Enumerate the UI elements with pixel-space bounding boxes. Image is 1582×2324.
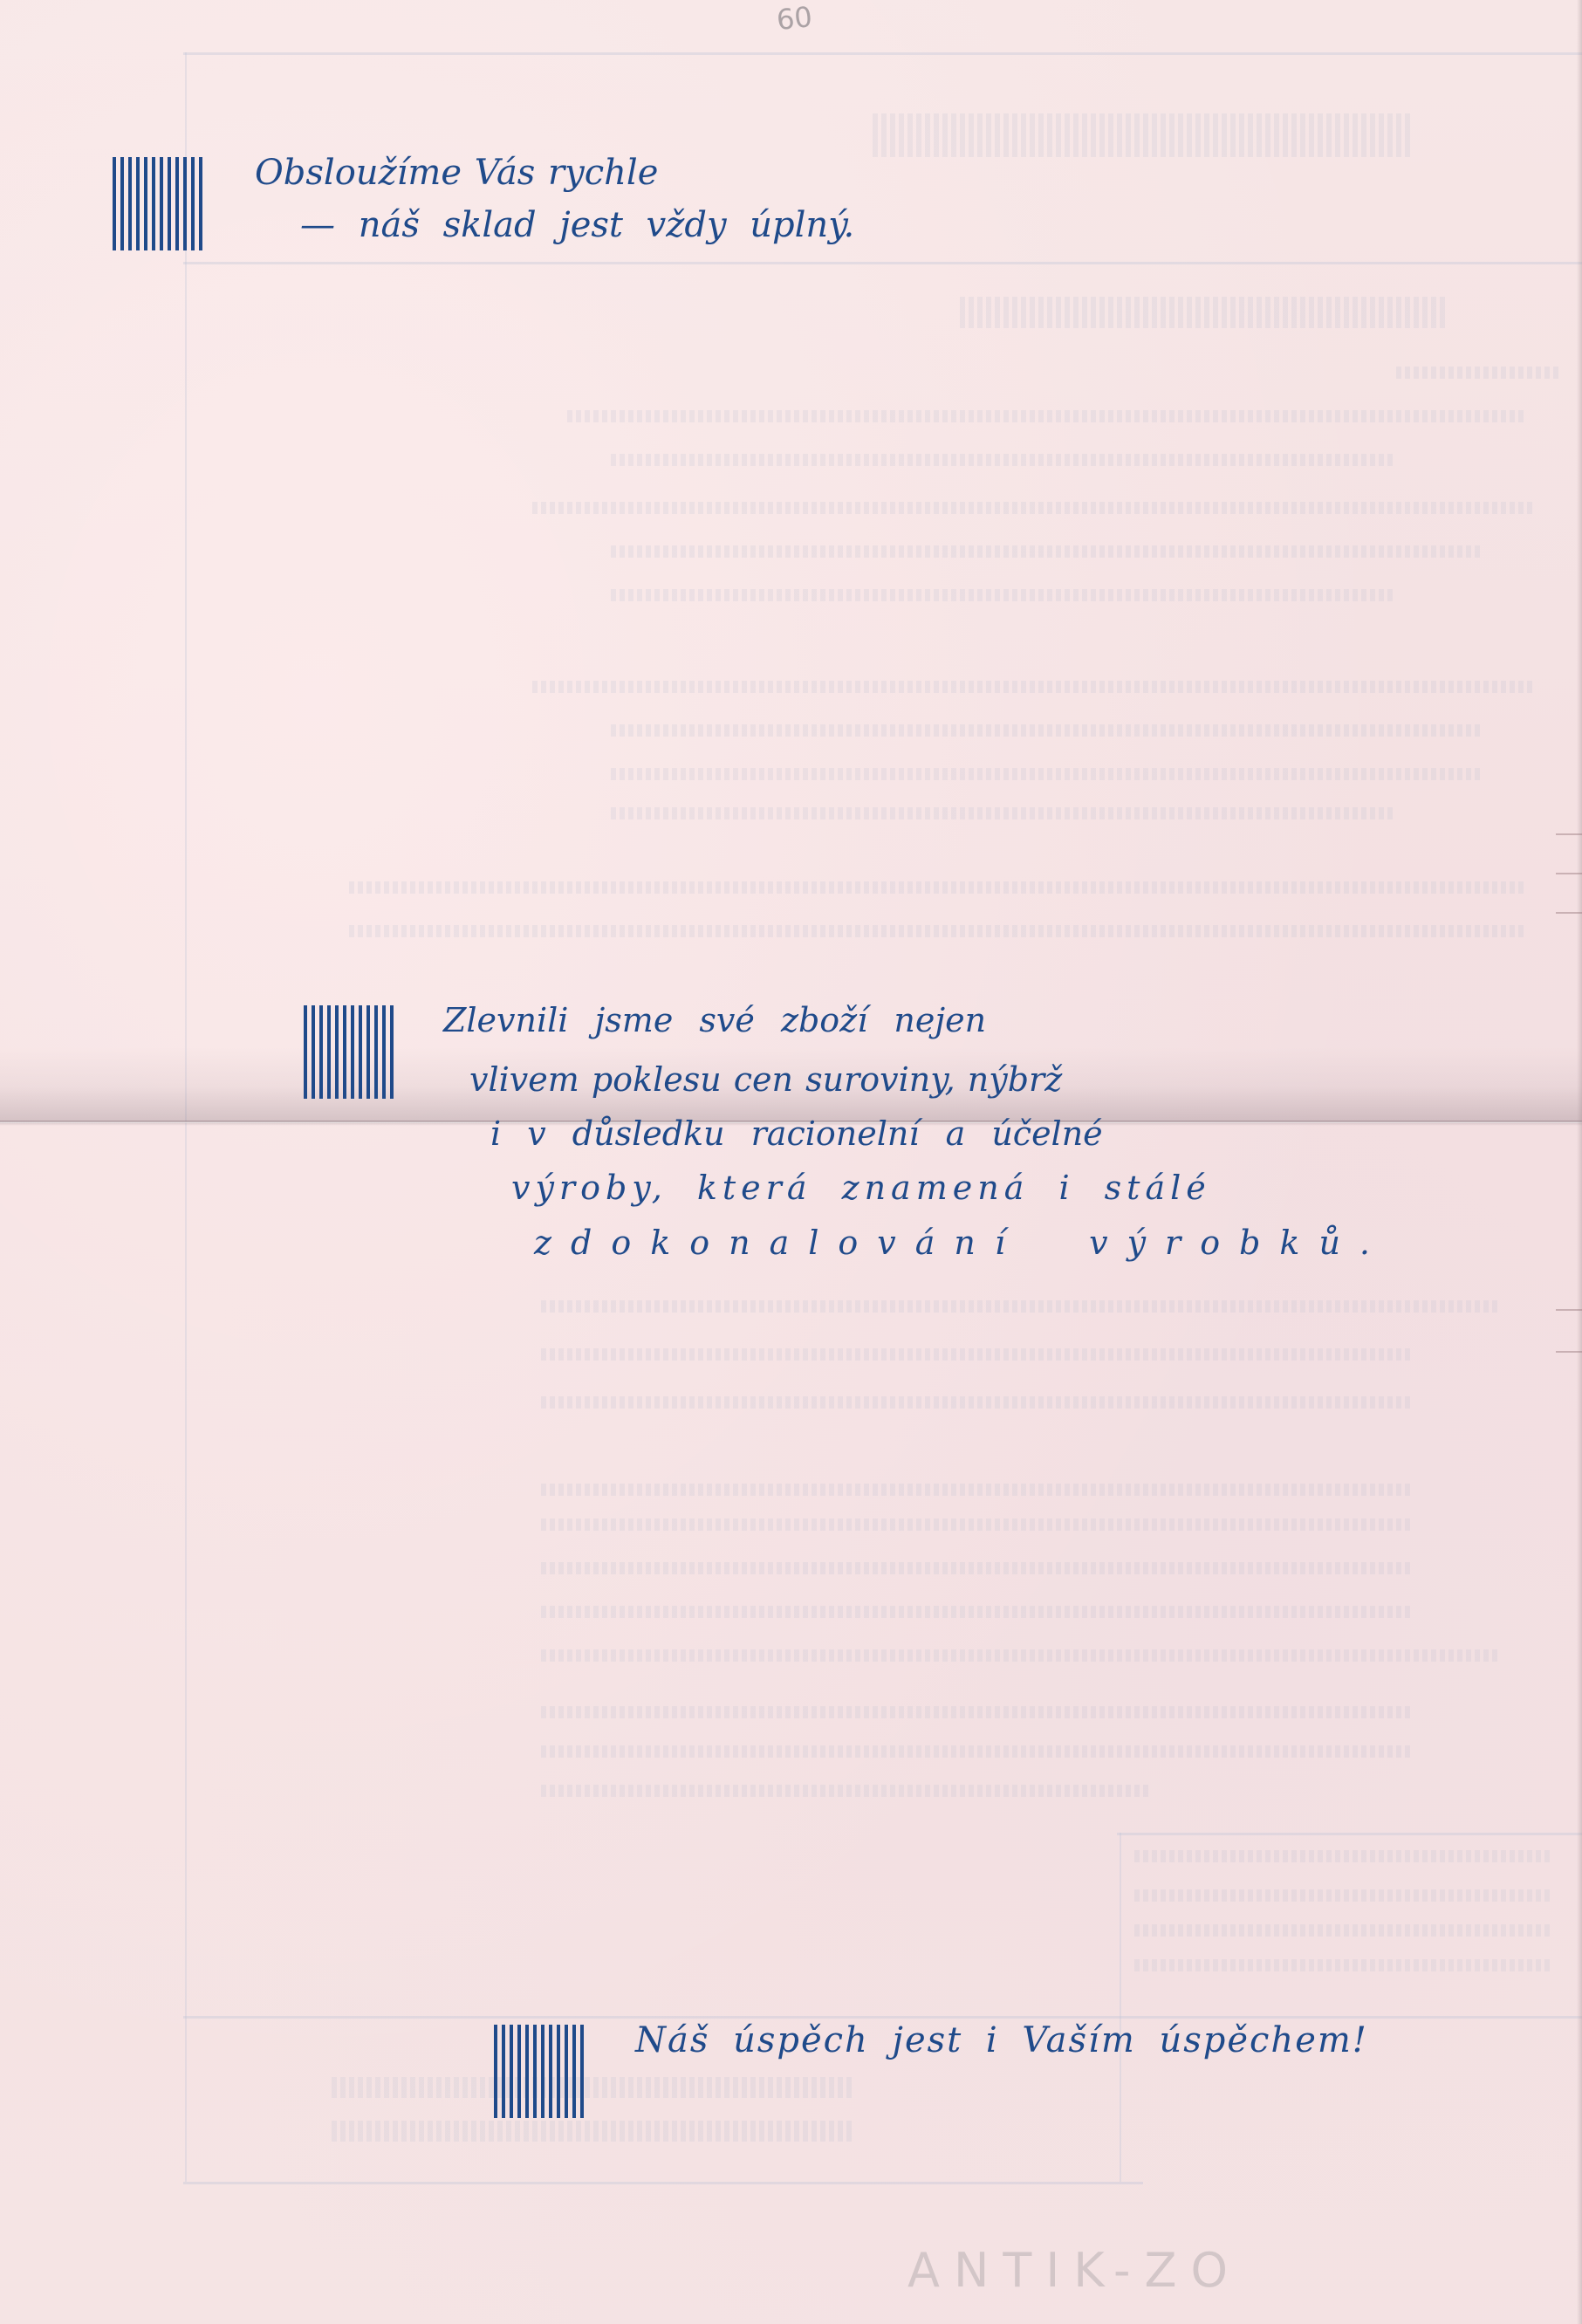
striped-bar-ornament-icon: [494, 2025, 586, 2118]
slogan-line: vlivem poklesu cen suroviny, nýbrž: [469, 1063, 1062, 1096]
slogan-line: zdokonalování výrobků.: [534, 1226, 1389, 1259]
ghost-text: [567, 410, 1527, 422]
ghost-frame-line: [183, 262, 1582, 264]
ghost-frame-line: [1117, 1833, 1582, 1835]
ghost-frame-line: [183, 52, 1582, 55]
ghost-text: [532, 502, 1536, 514]
ghost-text: [532, 681, 1536, 693]
striped-bar-ornament-icon: [304, 1005, 395, 1099]
ghost-text: [1134, 1850, 1553, 1862]
ghost-text: [541, 1484, 1414, 1496]
ghost-text: [611, 807, 1396, 819]
edge-tear: [1556, 833, 1582, 835]
ghost-text: [611, 545, 1483, 558]
ghost-text: [611, 768, 1483, 780]
ghost-text: [541, 1348, 1414, 1361]
ghost-text: [541, 1518, 1414, 1531]
ghost-text: [541, 1562, 1414, 1574]
slogan-line: Obsloužíme Vás rychle: [255, 155, 658, 190]
ghost-text: [1134, 1889, 1553, 1902]
ghost-text: [611, 724, 1483, 737]
ghost-text: [541, 1649, 1501, 1662]
pencil-annotation-bottom: ANTIK-ZO: [907, 2243, 1242, 2298]
ghost-frame-line: [183, 2016, 1582, 2019]
ghost-text: [960, 297, 1448, 328]
ghost-text: [541, 1396, 1414, 1409]
ghost-frame-line: [1120, 1833, 1121, 2182]
ghost-text: [611, 589, 1396, 601]
pencil-annotation-top: 60: [775, 0, 813, 37]
ghost-text: [873, 113, 1414, 157]
ghost-text: [541, 1785, 1152, 1797]
ghost-text: [349, 881, 1527, 894]
ghost-text: [332, 2121, 855, 2142]
slogan-line: Zlevnili jsme své zboží nejen: [443, 1004, 986, 1037]
edge-tear: [1556, 912, 1582, 914]
ghost-text: [1134, 1959, 1553, 1971]
striped-bar-ornament-icon: [113, 157, 204, 250]
slogan-line: výroby, která znamená i stálé: [511, 1171, 1211, 1204]
edge-tear: [1556, 873, 1582, 874]
ghost-text: [1396, 367, 1562, 379]
edge-tear: [1556, 1351, 1582, 1353]
ghost-text: [541, 1706, 1414, 1718]
ghost-text: [541, 1300, 1501, 1313]
ghost-text: [1134, 1924, 1553, 1937]
edge-tear: [1556, 1309, 1582, 1311]
slogan-line: i v důsledku racionelní a účelné: [490, 1117, 1103, 1150]
page-edge: [1577, 0, 1582, 2324]
ghost-text: [541, 1745, 1414, 1758]
ghost-text: [541, 1606, 1414, 1618]
slogan-line: Náš úspěch jest i Vaším úspěchem!: [635, 2023, 1368, 2058]
ghost-text: [349, 925, 1527, 937]
ghost-text: [611, 454, 1396, 466]
paper-background: [0, 0, 1582, 2324]
ghost-text: [332, 2077, 855, 2098]
slogan-line: — náš sklad jest vždy úplný.: [300, 208, 854, 243]
ghost-frame-line: [183, 2182, 1143, 2184]
